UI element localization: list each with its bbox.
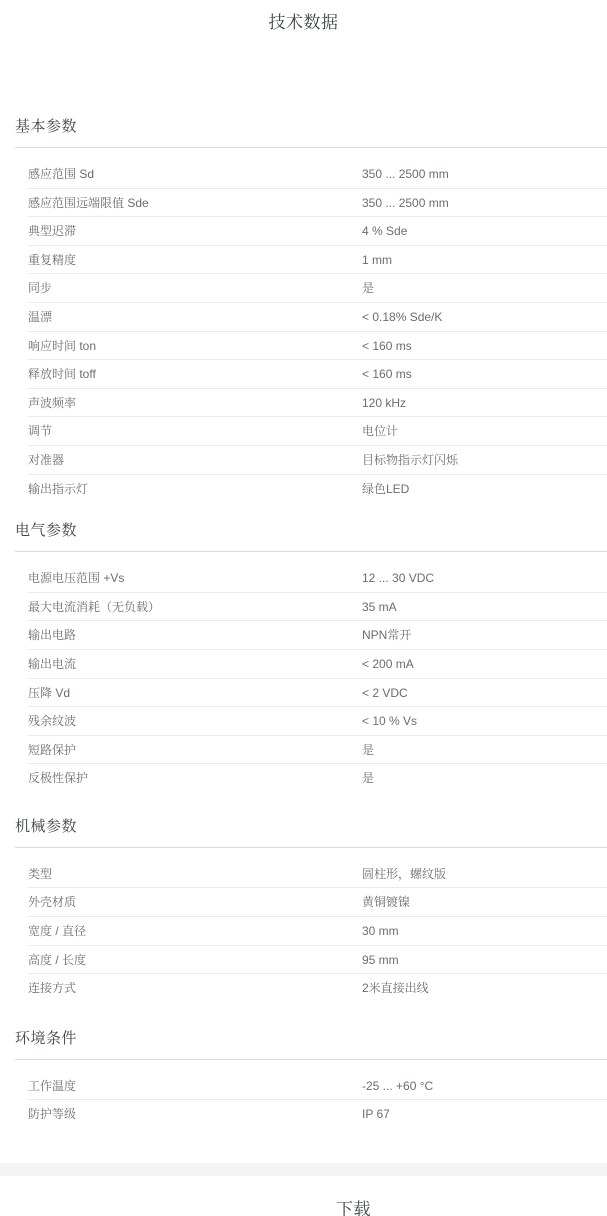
spec-value: 95 mm [362, 946, 399, 975]
spec-value: NPN常开 [362, 621, 411, 650]
spec-value: 4 % Sde [362, 217, 407, 246]
section-title: 电气参数 [15, 522, 592, 540]
spec-row: 电源电压范围 +Vs12 ... 30 VDC [28, 564, 607, 593]
spec-label: 感应范围远端限值 Sde [28, 196, 149, 210]
spec-row: 防护等级IP 67 [28, 1100, 607, 1129]
spec-row: 感应范围远端限值 Sde350 ... 2500 mm [28, 189, 607, 218]
spec-row: 调节电位计 [28, 417, 607, 446]
spec-value: IP 67 [362, 1100, 390, 1129]
spec-value: 2米直接出线 [362, 974, 429, 1003]
spec-section: 环境条件工作温度-25 ... +60 °C防护等级IP 67 [0, 1030, 607, 1129]
section-title: 环境条件 [15, 1030, 592, 1048]
spec-label: 工作温度 [28, 1079, 76, 1093]
spec-row: 感应范围 Sd350 ... 2500 mm [28, 160, 607, 189]
spec-label: 同步 [28, 281, 52, 295]
spec-row: 宽度 / 直径30 mm [28, 917, 607, 946]
spec-value: 350 ... 2500 mm [362, 189, 449, 218]
spec-value: 35 mA [362, 593, 397, 622]
spec-row: 工作温度-25 ... +60 °C [28, 1072, 607, 1101]
spec-label: 输出指示灯 [28, 482, 88, 496]
spec-value: 绿色LED [362, 475, 409, 504]
spec-row: 连接方式2米直接出线 [28, 974, 607, 1003]
spec-label: 释放时间 toff [28, 367, 96, 381]
spec-row: 输出电流< 200 mA [28, 650, 607, 679]
section-title: 机械参数 [15, 818, 592, 836]
spec-value: 是 [362, 764, 374, 793]
spec-row: 短路保护是 [28, 736, 607, 765]
spec-label: 残余纹波 [28, 714, 76, 728]
spec-value: -25 ... +60 °C [362, 1072, 433, 1101]
spec-label: 连接方式 [28, 981, 76, 995]
spec-value: 1 mm [362, 246, 392, 275]
page-title: 技术数据 [0, 0, 607, 32]
spec-table: 类型圆柱形，螺纹版外壳材质黄铜镀镍宽度 / 直径30 mm高度 / 长度95 m… [0, 848, 607, 1003]
spec-row: 典型迟滞4 % Sde [28, 217, 607, 246]
spec-label: 感应范围 Sd [28, 167, 94, 181]
spec-value: < 0.18% Sde/K [362, 303, 442, 332]
spec-label: 重复精度 [28, 253, 76, 267]
spec-label: 高度 / 长度 [28, 953, 86, 967]
spec-table: 感应范围 Sd350 ... 2500 mm感应范围远端限值 Sde350 ..… [0, 148, 607, 503]
downloads-section-title: 下载 [0, 1200, 607, 1216]
spec-row: 高度 / 长度95 mm [28, 946, 607, 975]
spec-label: 典型迟滞 [28, 224, 76, 238]
spec-row: 响应时间 ton< 160 ms [28, 332, 607, 361]
spec-section: 电气参数电源电压范围 +Vs12 ... 30 VDC最大电流消耗（无负载）35… [0, 522, 607, 793]
spec-section: 机械参数类型圆柱形，螺纹版外壳材质黄铜镀镍宽度 / 直径30 mm高度 / 长度… [0, 818, 607, 1003]
spec-row: 反极性保护是 [28, 764, 607, 793]
spec-label: 宽度 / 直径 [28, 924, 86, 938]
spec-row: 残余纹波< 10 % Vs [28, 707, 607, 736]
spec-row: 重复精度1 mm [28, 246, 607, 275]
spec-row: 输出指示灯绿色LED [28, 475, 607, 504]
spec-table: 工作温度-25 ... +60 °C防护等级IP 67 [0, 1060, 607, 1129]
spec-row: 类型圆柱形，螺纹版 [28, 860, 607, 889]
spec-value: 350 ... 2500 mm [362, 160, 449, 189]
spec-label: 电源电压范围 +Vs [28, 571, 124, 585]
spec-row: 温漂< 0.18% Sde/K [28, 303, 607, 332]
spec-value: 12 ... 30 VDC [362, 564, 434, 593]
spec-value: 圆柱形，螺纹版 [362, 860, 446, 889]
spec-row: 释放时间 toff< 160 ms [28, 360, 607, 389]
spec-value: 是 [362, 274, 374, 303]
spec-row: 输出电路NPN常开 [28, 621, 607, 650]
spec-label: 防护等级 [28, 1107, 76, 1121]
spec-label: 对准器 [28, 453, 64, 467]
spec-sections: 基本参数感应范围 Sd350 ... 2500 mm感应范围远端限值 Sde35… [0, 118, 607, 1129]
section-title: 基本参数 [15, 118, 592, 136]
spec-label: 声波频率 [28, 396, 76, 410]
spec-value: 电位计 [362, 417, 398, 446]
spec-value: 是 [362, 736, 374, 765]
spec-row: 外壳材质黄铜镀镍 [28, 888, 607, 917]
spec-row: 声波频率120 kHz [28, 389, 607, 418]
spec-label: 响应时间 ton [28, 339, 96, 353]
spec-label: 调节 [28, 424, 52, 438]
spec-section: 基本参数感应范围 Sd350 ... 2500 mm感应范围远端限值 Sde35… [0, 118, 607, 503]
spec-value: 黄铜镀镍 [362, 888, 410, 917]
spec-row: 最大电流消耗（无负载）35 mA [28, 593, 607, 622]
spec-value: < 10 % Vs [362, 707, 417, 736]
spec-value: < 200 mA [362, 650, 414, 679]
section-separator-band [0, 1163, 607, 1176]
spec-value: 30 mm [362, 917, 399, 946]
spec-row: 压降 Vd< 2 VDC [28, 679, 607, 708]
spec-label: 短路保护 [28, 743, 76, 757]
spec-label: 外壳材质 [28, 895, 76, 909]
spec-value: < 160 ms [362, 360, 412, 389]
spec-label: 输出电路 [28, 628, 76, 642]
spec-value: 120 kHz [362, 389, 406, 418]
spec-label: 反极性保护 [28, 771, 88, 785]
spec-row: 同步是 [28, 274, 607, 303]
spec-label: 类型 [28, 867, 52, 881]
spec-table: 电源电压范围 +Vs12 ... 30 VDC最大电流消耗（无负载）35 mA输… [0, 552, 607, 793]
spec-row: 对准器目标物指示灯闪烁 [28, 446, 607, 475]
spec-value: < 160 ms [362, 332, 412, 361]
spec-label: 输出电流 [28, 657, 76, 671]
spec-value: 目标物指示灯闪烁 [362, 446, 458, 475]
spec-value: < 2 VDC [362, 679, 408, 708]
spec-label: 压降 Vd [28, 686, 70, 700]
spec-label: 最大电流消耗（无负载） [28, 600, 160, 614]
spec-label: 温漂 [28, 310, 52, 324]
